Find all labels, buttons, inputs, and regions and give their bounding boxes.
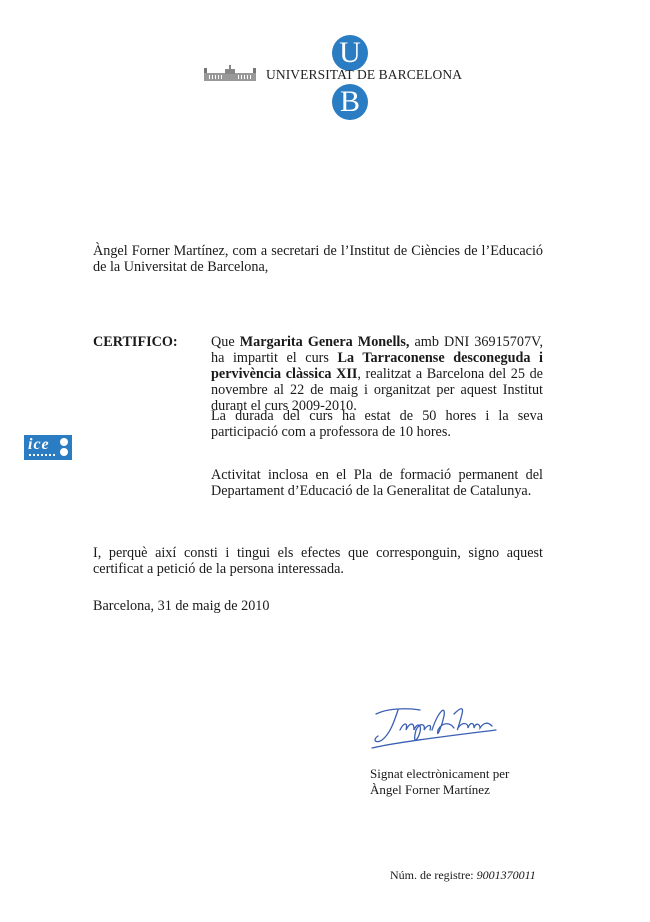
certification-paragraph: Que Margarita Genera Monells, amb DNI 36…: [211, 334, 543, 414]
duration-paragraph: La durada del curs ha estat de 50 hores …: [211, 408, 543, 440]
closing-paragraph: I, perquè així consti i tingui els efect…: [93, 545, 543, 577]
intro-paragraph: Àngel Forner Martínez, com a secretari d…: [93, 243, 543, 275]
ice-logo-text: ice: [28, 436, 50, 454]
building-logo: [203, 64, 257, 82]
ice-logo-u-dot: [60, 438, 68, 446]
ice-logo: ice: [24, 435, 72, 460]
place-date: Barcelona, 31 de maig de 2010: [93, 598, 270, 614]
logo-letter-u: U: [339, 36, 361, 69]
registry-number: Núm. de registre: 9001370011: [390, 868, 536, 882]
signature-image: [368, 700, 503, 755]
signature-line-1: Signat electrònicament per: [370, 766, 509, 782]
ice-logo-dots: [29, 454, 55, 456]
activity-paragraph: Activitat inclosa en el Pla de formació …: [211, 467, 543, 499]
logo-letter-b: B: [340, 85, 360, 118]
p1-pre: Que: [211, 334, 240, 350]
university-name: UNIVERSITAT DE BARCELONA: [266, 67, 462, 83]
certifico-label: CERTIFICO:: [93, 334, 178, 350]
registry-value: 9001370011: [477, 868, 536, 882]
ice-logo-b-dot: [60, 448, 68, 456]
person-name: Margarita Genera Monells,: [240, 334, 410, 350]
certifico-label-text: CERTIFICO:: [93, 334, 178, 350]
logo-b-circle: B: [332, 84, 368, 120]
signature-line-2: Àngel Forner Martínez: [370, 782, 490, 798]
registry-label: Núm. de registre:: [390, 868, 477, 882]
logo-u-circle: U: [332, 35, 368, 71]
